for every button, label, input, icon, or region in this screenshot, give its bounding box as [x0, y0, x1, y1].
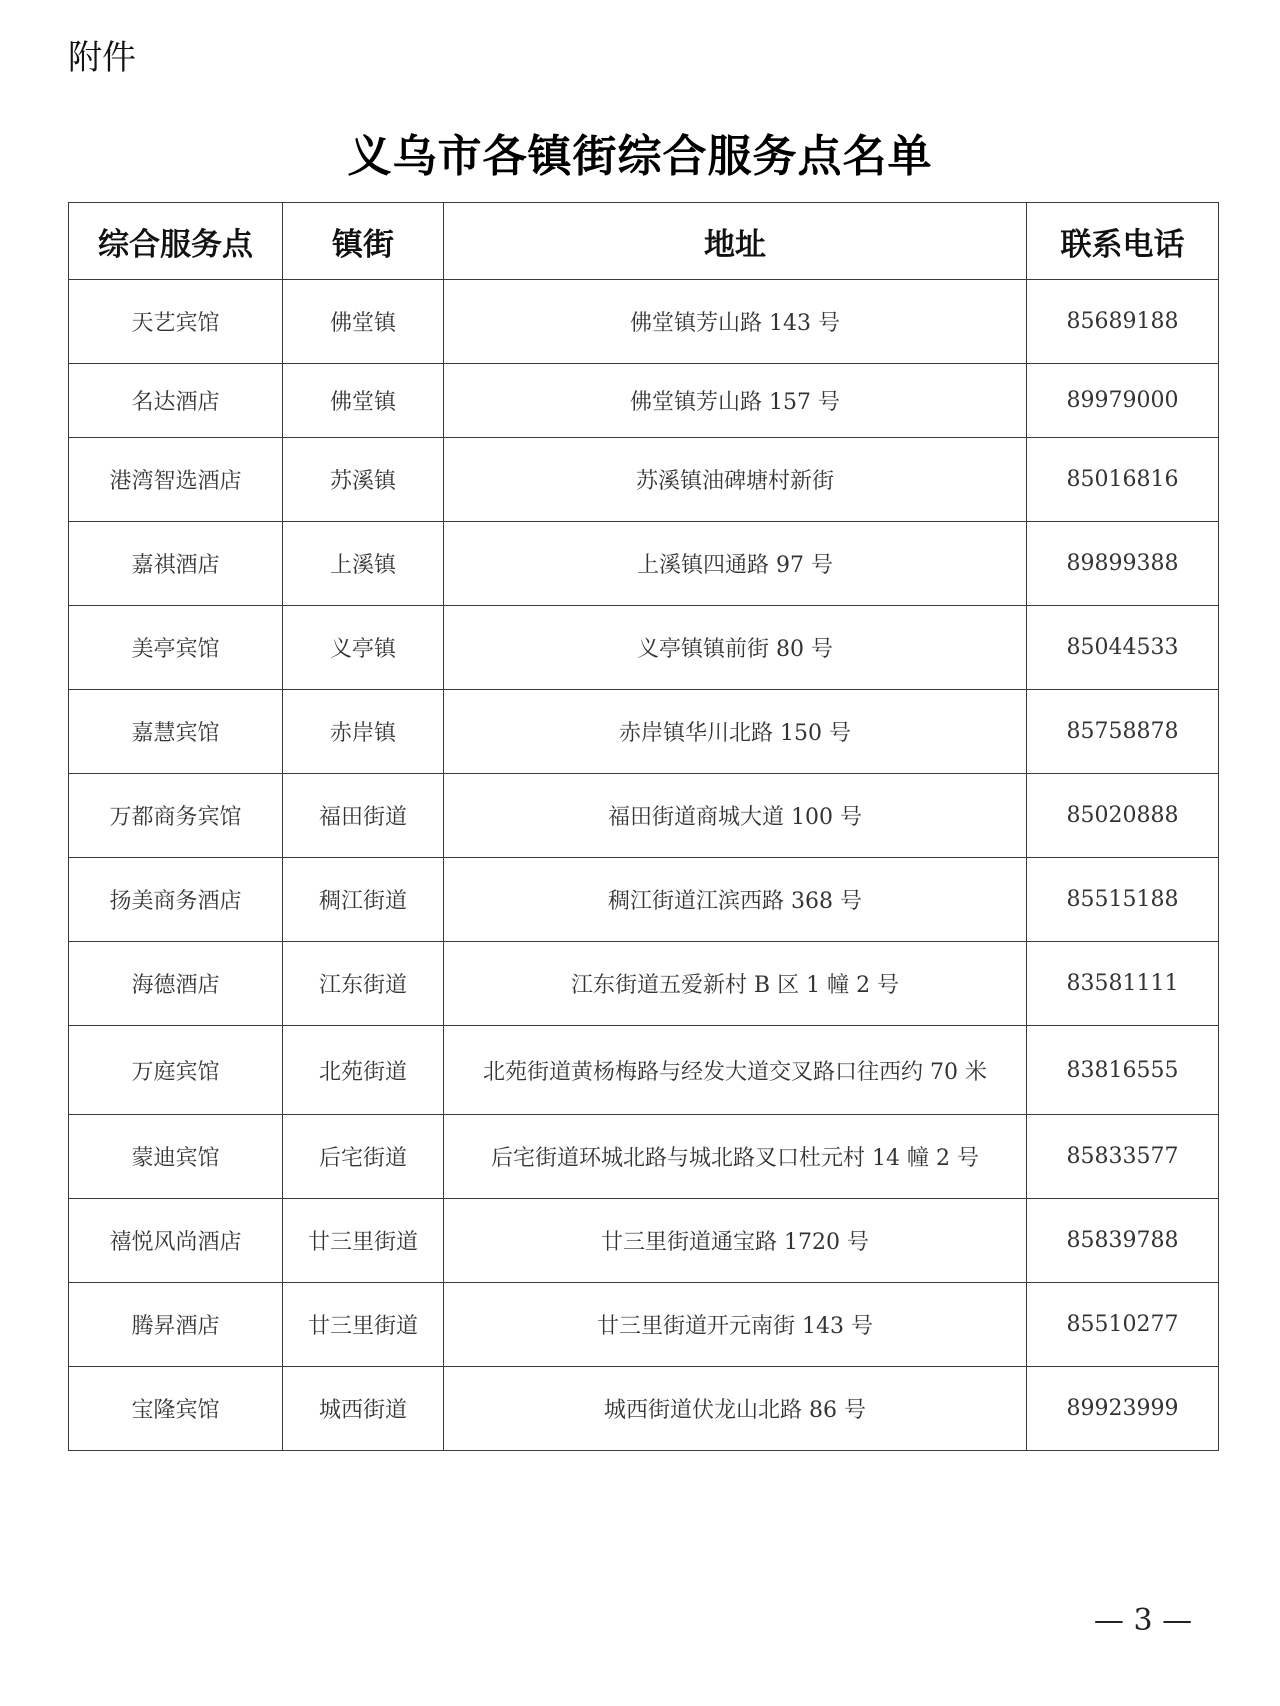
- town-name: 义亭镇: [283, 606, 444, 690]
- attachment-label: 附件: [68, 30, 136, 79]
- table-row: 万都商务宾馆 福田街道 福田街道商城大道 100 号 85020888: [69, 774, 1219, 858]
- column-header-address: 地址: [444, 203, 1027, 280]
- phone-number: 85689188: [1027, 280, 1219, 364]
- table-row: 万庭宾馆 北苑街道 北苑街道黄杨梅路与经发大道交叉路口往西约 70 米 8381…: [69, 1026, 1219, 1115]
- phone-number: 89923999: [1027, 1367, 1219, 1451]
- address: 廿三里街道通宝路 1720 号: [444, 1199, 1027, 1283]
- service-point-name: 宝隆宾馆: [69, 1367, 283, 1451]
- address: 苏溪镇油碑塘村新街: [444, 438, 1027, 522]
- table-row: 扬美商务酒店 稠江街道 稠江街道江滨西路 368 号 85515188: [69, 858, 1219, 942]
- table-row: 蒙迪宾馆 后宅街道 后宅街道环城北路与城北路叉口杜元村 14 幢 2 号 858…: [69, 1115, 1219, 1199]
- phone-number: 85044533: [1027, 606, 1219, 690]
- address: 北苑街道黄杨梅路与经发大道交叉路口往西约 70 米: [444, 1026, 1027, 1115]
- service-point-name: 名达酒店: [69, 364, 283, 438]
- town-name: 江东街道: [283, 942, 444, 1026]
- service-point-name: 禧悦风尚酒店: [69, 1199, 283, 1283]
- town-name: 佛堂镇: [283, 364, 444, 438]
- town-name: 城西街道: [283, 1367, 444, 1451]
- address: 后宅街道环城北路与城北路叉口杜元村 14 幢 2 号: [444, 1115, 1027, 1199]
- table-row: 嘉祺酒店 上溪镇 上溪镇四通路 97 号 89899388: [69, 522, 1219, 606]
- service-point-name: 嘉祺酒店: [69, 522, 283, 606]
- service-point-name: 美亭宾馆: [69, 606, 283, 690]
- town-name: 北苑街道: [283, 1026, 444, 1115]
- table-row: 嘉慧宾馆 赤岸镇 赤岸镇华川北路 150 号 85758878: [69, 690, 1219, 774]
- town-name: 福田街道: [283, 774, 444, 858]
- phone-number: 83816555: [1027, 1026, 1219, 1115]
- address: 佛堂镇芳山路 157 号: [444, 364, 1027, 438]
- table-row: 美亭宾馆 义亭镇 义亭镇镇前街 80 号 85044533: [69, 606, 1219, 690]
- town-name: 廿三里街道: [283, 1199, 444, 1283]
- phone-number: 85016816: [1027, 438, 1219, 522]
- town-name: 上溪镇: [283, 522, 444, 606]
- table-row: 禧悦风尚酒店 廿三里街道 廿三里街道通宝路 1720 号 85839788: [69, 1199, 1219, 1283]
- address: 义亭镇镇前街 80 号: [444, 606, 1027, 690]
- column-header-service-point: 综合服务点: [69, 203, 283, 280]
- service-point-name: 扬美商务酒店: [69, 858, 283, 942]
- service-point-name: 嘉慧宾馆: [69, 690, 283, 774]
- service-point-name: 万都商务宾馆: [69, 774, 283, 858]
- address: 廿三里街道开元南街 143 号: [444, 1283, 1027, 1367]
- address: 江东街道五爱新村 B 区 1 幢 2 号: [444, 942, 1027, 1026]
- town-name: 苏溪镇: [283, 438, 444, 522]
- address: 城西街道伏龙山北路 86 号: [444, 1367, 1027, 1451]
- town-name: 佛堂镇: [283, 280, 444, 364]
- phone-number: 83581111: [1027, 942, 1219, 1026]
- phone-number: 85758878: [1027, 690, 1219, 774]
- phone-number: 85515188: [1027, 858, 1219, 942]
- town-name: 后宅街道: [283, 1115, 444, 1199]
- address: 佛堂镇芳山路 143 号: [444, 280, 1027, 364]
- phone-number: 89899388: [1027, 522, 1219, 606]
- address: 上溪镇四通路 97 号: [444, 522, 1027, 606]
- phone-number: 85833577: [1027, 1115, 1219, 1199]
- page-number: — 3 —: [1083, 1603, 1203, 1638]
- service-point-name: 港湾智选酒店: [69, 438, 283, 522]
- table-row: 天艺宾馆 佛堂镇 佛堂镇芳山路 143 号 85689188: [69, 280, 1219, 364]
- service-point-name: 蒙迪宾馆: [69, 1115, 283, 1199]
- table-row: 海德酒店 江东街道 江东街道五爱新村 B 区 1 幢 2 号 83581111: [69, 942, 1219, 1026]
- phone-number: 85020888: [1027, 774, 1219, 858]
- phone-number: 85839788: [1027, 1199, 1219, 1283]
- service-points-table: 综合服务点 镇街 地址 联系电话 天艺宾馆 佛堂镇 佛堂镇芳山路 143 号 8…: [68, 202, 1219, 1451]
- phone-number: 89979000: [1027, 364, 1219, 438]
- document-title: 义乌市各镇街综合服务点名单: [0, 120, 1280, 184]
- town-name: 廿三里街道: [283, 1283, 444, 1367]
- table-row: 港湾智选酒店 苏溪镇 苏溪镇油碑塘村新街 85016816: [69, 438, 1219, 522]
- address: 福田街道商城大道 100 号: [444, 774, 1027, 858]
- service-point-name: 腾昇酒店: [69, 1283, 283, 1367]
- address: 赤岸镇华川北路 150 号: [444, 690, 1027, 774]
- service-point-name: 万庭宾馆: [69, 1026, 283, 1115]
- column-header-town: 镇街: [283, 203, 444, 280]
- column-header-phone: 联系电话: [1027, 203, 1219, 280]
- table-row: 名达酒店 佛堂镇 佛堂镇芳山路 157 号 89979000: [69, 364, 1219, 438]
- phone-number: 85510277: [1027, 1283, 1219, 1367]
- service-point-name: 海德酒店: [69, 942, 283, 1026]
- town-name: 稠江街道: [283, 858, 444, 942]
- table-row: 腾昇酒店 廿三里街道 廿三里街道开元南街 143 号 85510277: [69, 1283, 1219, 1367]
- table-row: 宝隆宾馆 城西街道 城西街道伏龙山北路 86 号 89923999: [69, 1367, 1219, 1451]
- town-name: 赤岸镇: [283, 690, 444, 774]
- service-point-name: 天艺宾馆: [69, 280, 283, 364]
- address: 稠江街道江滨西路 368 号: [444, 858, 1027, 942]
- table-header-row: 综合服务点 镇街 地址 联系电话: [69, 203, 1219, 280]
